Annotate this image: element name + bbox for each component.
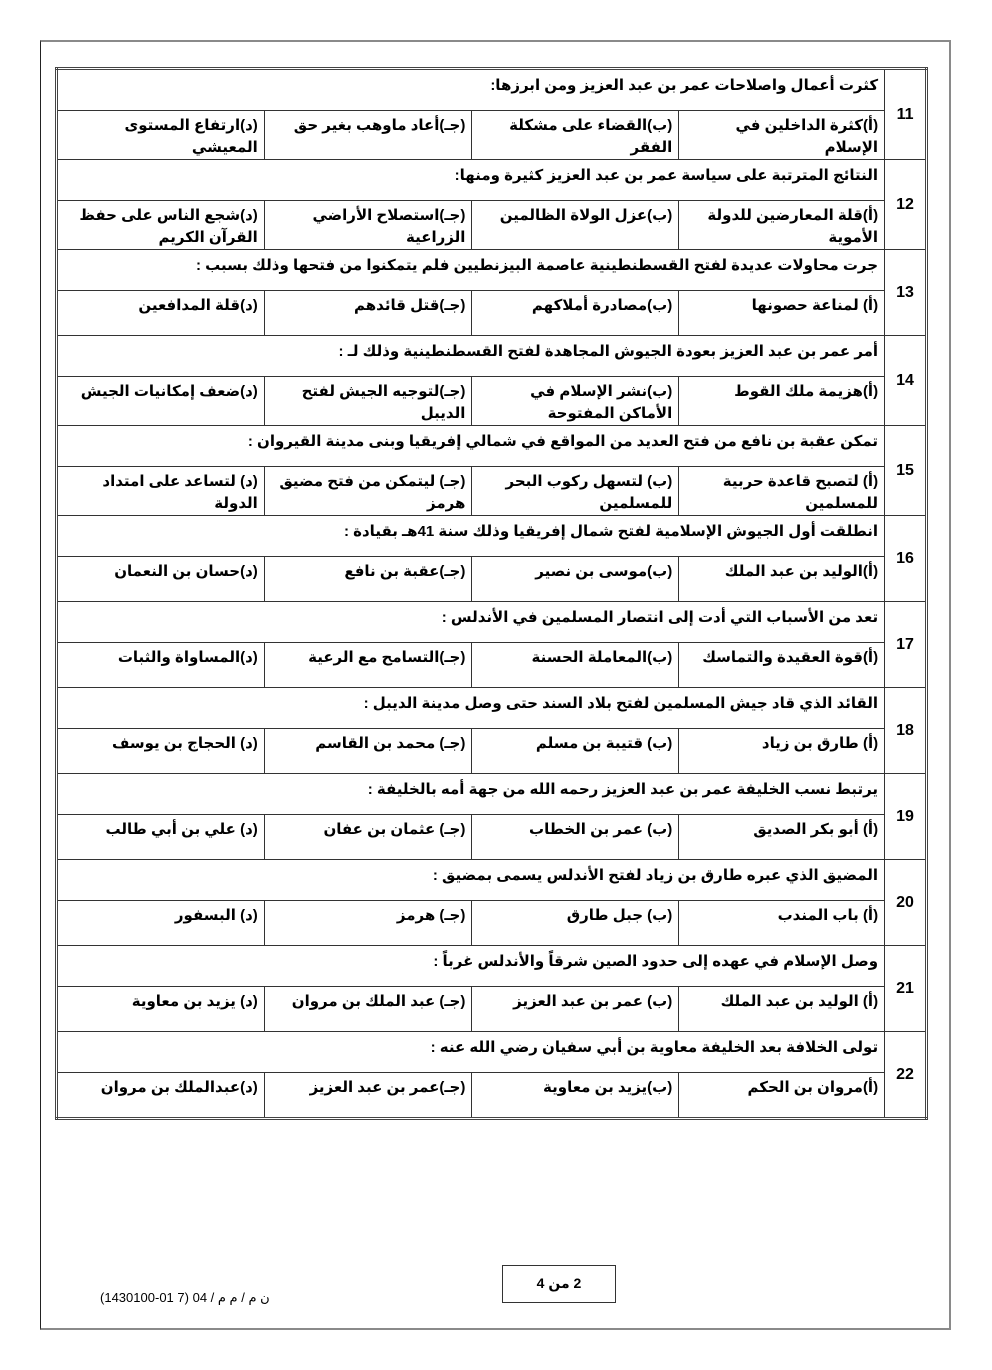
question-number: 15 xyxy=(885,426,927,516)
option-b: (ب)موسى بن نصير xyxy=(472,557,679,602)
option-c: (جـ)قتل قائدهم xyxy=(264,291,472,336)
question-stem: كثرت أعمال واصلاحات عمر بن عبد العزيز وم… xyxy=(57,69,885,111)
option-d: (د) الحجاج بن يوسف xyxy=(57,729,265,774)
question-number: 12 xyxy=(885,160,927,250)
question-options-row: (أ) الوليد بن عبد الملك(ب) عمر بن عبد ال… xyxy=(57,987,927,1032)
option-a: (أ) باب المندب xyxy=(679,901,885,946)
question-number: 21 xyxy=(885,946,927,1032)
question-number: 18 xyxy=(885,688,927,774)
question-stem: انطلقت أول الجيوش الإسلامية لفتح شمال إف… xyxy=(57,516,885,557)
option-c: (جـ) هرمز xyxy=(264,901,472,946)
question-stem-row: 21وصل الإسلام في عهده إلى حدود الصين شرق… xyxy=(57,946,927,987)
option-d: (د)عبدالملك بن مروان xyxy=(57,1073,265,1119)
question-number: 14 xyxy=(885,336,927,426)
option-b: (ب) قتيبة بن مسلم xyxy=(472,729,679,774)
question-stem: أمر عمر بن عبد العزيز بعودة الجيوش المجا… xyxy=(57,336,885,377)
question-number: 16 xyxy=(885,516,927,602)
question-stem: القائد الذي قاد جيش المسلمين لفتح بلاد ا… xyxy=(57,688,885,729)
question-stem-row: 12النتائج المترتبة على سياسة عمر بن عبد … xyxy=(57,160,927,201)
question-stem-row: 16انطلقت أول الجيوش الإسلامية لفتح شمال … xyxy=(57,516,927,557)
question-stem: تمكن عقبة بن نافع من فتح العديد من الموا… xyxy=(57,426,885,467)
option-b: (ب)يزيد بن معاوية xyxy=(472,1073,679,1119)
option-c: (جـ)أعاد ماوهب بغير حق xyxy=(264,111,472,160)
question-number: 20 xyxy=(885,860,927,946)
question-stem-row: 19يرتبط نسب الخليفة عمر بن عبد العزيز رح… xyxy=(57,774,927,815)
question-stem: المضيق الذي عبره طارق بن زياد لفتح الأند… xyxy=(57,860,885,901)
question-stem: جرت محاولات عديدة لفتح القسطنطينية عاصمة… xyxy=(57,250,885,291)
question-options-row: (أ)مروان بن الحكم(ب)يزيد بن معاوية(جـ)عم… xyxy=(57,1073,927,1119)
option-b: (ب) عمر بن عبد العزيز xyxy=(472,987,679,1032)
option-a: (أ)كثرة الداخلين في الإسلام xyxy=(679,111,885,160)
question-options-row: (أ)قوة العقيدة والتماسك(ب)المعاملة الحسن… xyxy=(57,643,927,688)
question-number: 11 xyxy=(885,69,927,160)
option-c: (جـ) ليتمكن من فتح مضيق هرمز xyxy=(264,467,472,516)
question-options-row: (أ) أبو بكر الصديق(ب) عمر بن الخطاب(جـ) … xyxy=(57,815,927,860)
option-c: (جـ)لتوجيه الجيش لفتح الديبل xyxy=(264,377,472,426)
option-a: (أ)قلة المعارضين للدولة الأموية xyxy=(679,201,885,250)
option-d: (د)قلة المدافعين xyxy=(57,291,265,336)
question-stem: النتائج المترتبة على سياسة عمر بن عبد ال… xyxy=(57,160,885,201)
document-code: ن م / م م / 04 (7 01-1430100) xyxy=(100,1290,270,1306)
option-a: (أ)قوة العقيدة والتماسك xyxy=(679,643,885,688)
question-stem: يرتبط نسب الخليفة عمر بن عبد العزيز رحمه… xyxy=(57,774,885,815)
question-options-row: (أ) لتصبح قاعدة حربية للمسلمين(ب) لتسهل … xyxy=(57,467,927,516)
option-d: (د) علي بن أبي طالب xyxy=(57,815,265,860)
option-c: (جـ)عمر بن عبد العزيز xyxy=(264,1073,472,1119)
question-options-row: (أ) باب المندب(ب) جبل طارق(جـ) هرمز(د) ا… xyxy=(57,901,927,946)
option-b: (ب)عزل الولاة الظالمين xyxy=(472,201,679,250)
question-stem-row: 20المضيق الذي عبره طارق بن زياد لفتح الأ… xyxy=(57,860,927,901)
question-number: 17 xyxy=(885,602,927,688)
option-a: (أ) لمناعة حصونها xyxy=(679,291,885,336)
question-stem-row: 14أمر عمر بن عبد العزيز بعودة الجيوش الم… xyxy=(57,336,927,377)
option-d: (د)المساواة والثبات xyxy=(57,643,265,688)
question-number: 22 xyxy=(885,1032,927,1119)
option-c: (جـ) عثمان بن عفان xyxy=(264,815,472,860)
option-a: (أ) أبو بكر الصديق xyxy=(679,815,885,860)
question-options-row: (أ) لمناعة حصونها(ب)مصادرة أملاكهم(جـ)قت… xyxy=(57,291,927,336)
option-a: (أ) طارق بن زياد xyxy=(679,729,885,774)
question-stem-row: 18القائد الذي قاد جيش المسلمين لفتح بلاد… xyxy=(57,688,927,729)
option-d: (د) البسفور xyxy=(57,901,265,946)
question-options-row: (أ) طارق بن زياد(ب) قتيبة بن مسلم(جـ) مح… xyxy=(57,729,927,774)
option-b: (ب)المعاملة الحسنة xyxy=(472,643,679,688)
option-d: (د)ضعف إمكانيات الجيش xyxy=(57,377,265,426)
question-stem-row: 11كثرت أعمال واصلاحات عمر بن عبد العزيز … xyxy=(57,69,927,111)
option-a: (أ)مروان بن الحكم xyxy=(679,1073,885,1119)
page-number-box: 2 من 4 xyxy=(502,1265,616,1303)
option-a: (أ) الوليد بن عبد الملك xyxy=(679,987,885,1032)
question-stem-row: 17تعد من الأسباب التي أدت إلى انتصار الم… xyxy=(57,602,927,643)
option-c: (جـ)استصلاح الأراضي الزراعية xyxy=(264,201,472,250)
option-d: (د)حسان بن النعمان xyxy=(57,557,265,602)
question-stem-row: 15تمكن عقبة بن نافع من فتح العديد من الم… xyxy=(57,426,927,467)
option-b: (ب)مصادرة أملاكهم xyxy=(472,291,679,336)
question-options-row: (أ)هزيمة ملك القوط(ب)نشر الإسلام في الأم… xyxy=(57,377,927,426)
question-stem: تعد من الأسباب التي أدت إلى انتصار المسل… xyxy=(57,602,885,643)
option-c: (جـ)التسامح مع الرعية xyxy=(264,643,472,688)
option-d: (د) يزيد بن معاوية xyxy=(57,987,265,1032)
option-d: (د)ارتفاع المستوى المعيشي xyxy=(57,111,265,160)
question-stem-row: 13جرت محاولات عديدة لفتح القسطنطينية عاص… xyxy=(57,250,927,291)
option-b: (ب)نشر الإسلام في الأماكن المفتوحة xyxy=(472,377,679,426)
question-options-row: (أ)الوليد بن عبد الملك(ب)موسى بن نصير(جـ… xyxy=(57,557,927,602)
option-b: (ب) جبل طارق xyxy=(472,901,679,946)
question-stem-row: 22تولى الخلافة بعد الخليفة معاوية بن أبي… xyxy=(57,1032,927,1073)
option-c: (جـ) محمد بن القاسم xyxy=(264,729,472,774)
option-b: (ب) عمر بن الخطاب xyxy=(472,815,679,860)
option-a: (أ) لتصبح قاعدة حربية للمسلمين xyxy=(679,467,885,516)
question-stem: وصل الإسلام في عهده إلى حدود الصين شرقاً… xyxy=(57,946,885,987)
option-c: (جـ)عقبة بن نافع xyxy=(264,557,472,602)
questions-table: 11كثرت أعمال واصلاحات عمر بن عبد العزيز … xyxy=(55,67,928,1120)
option-a: (أ)الوليد بن عبد الملك xyxy=(679,557,885,602)
question-options-row: (أ)قلة المعارضين للدولة الأموية(ب)عزل ال… xyxy=(57,201,927,250)
question-stem: تولى الخلافة بعد الخليفة معاوية بن أبي س… xyxy=(57,1032,885,1073)
option-b: (ب) لتسهل ركوب البحر للمسلمين xyxy=(472,467,679,516)
option-b: (ب)القضاء على مشكلة الفقر xyxy=(472,111,679,160)
option-d: (د) لتساعد على امتداد الدولة xyxy=(57,467,265,516)
option-c: (جـ) عبد الملك بن مروان xyxy=(264,987,472,1032)
option-a: (أ)هزيمة ملك القوط xyxy=(679,377,885,426)
question-options-row: (أ)كثرة الداخلين في الإسلام(ب)القضاء على… xyxy=(57,111,927,160)
option-d: (د)شجع الناس على حفظ القرآن الكريم xyxy=(57,201,265,250)
question-number: 13 xyxy=(885,250,927,336)
question-number: 19 xyxy=(885,774,927,860)
